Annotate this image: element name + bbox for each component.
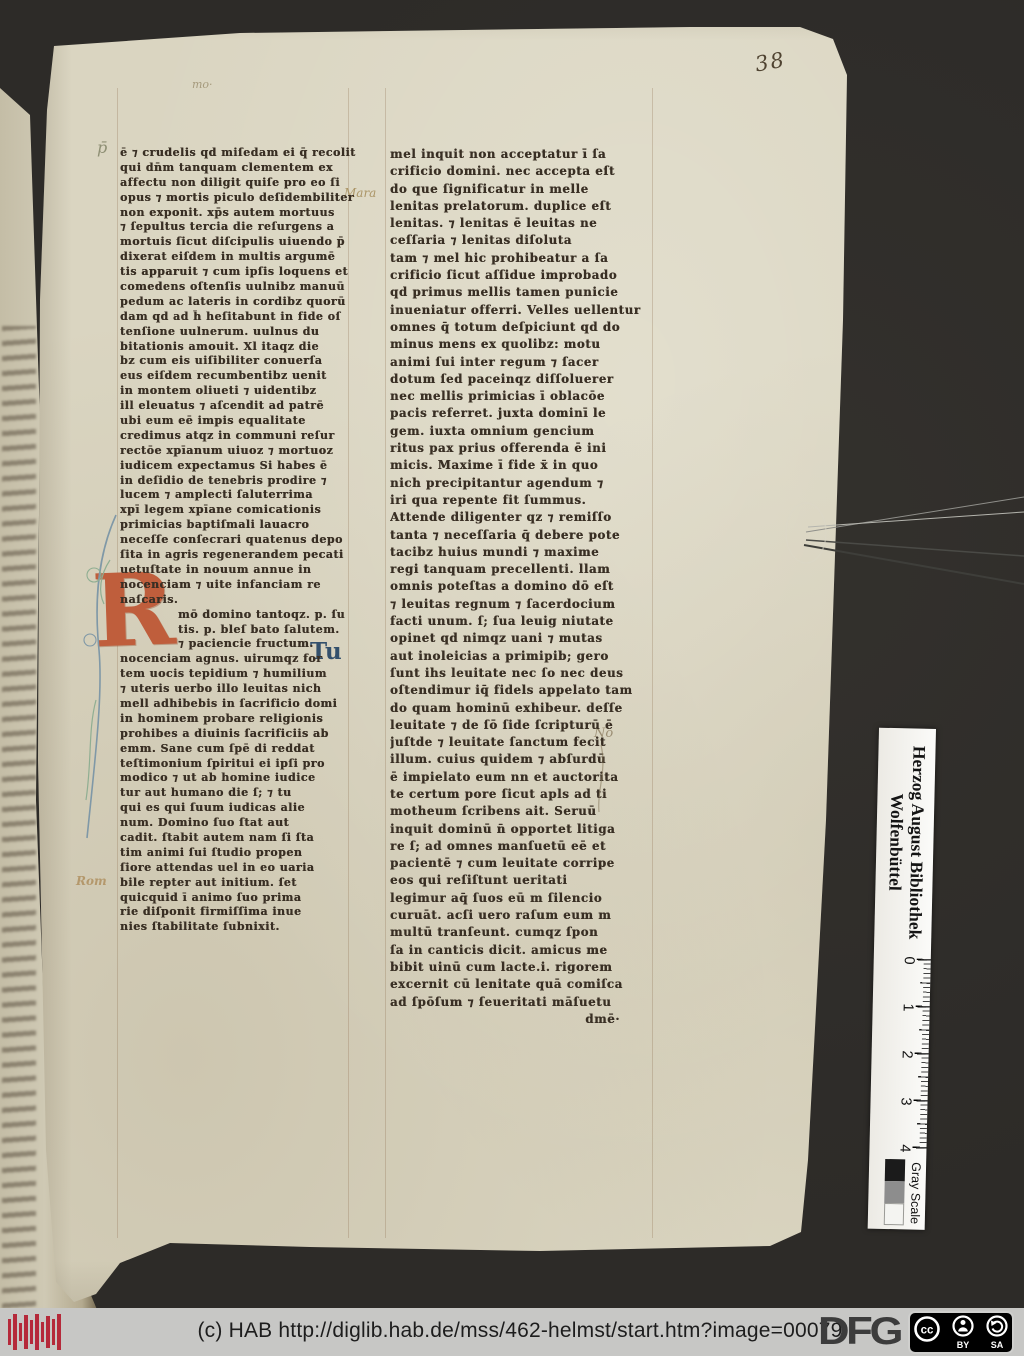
gray-scale-block: Gray Scale xyxy=(868,1156,927,1230)
copyright-url-text: (c) HAB http://diglib.hab.de/mss/462-hel… xyxy=(180,1319,860,1343)
logo-bar xyxy=(13,1314,17,1350)
logo-bar xyxy=(57,1314,61,1350)
by-person-icon xyxy=(954,1317,973,1336)
gray-scale-patch-gray xyxy=(884,1181,904,1203)
digitized-manuscript-photo: 38 p̄ mo· Mara Rom No R Tu ē ⁊ crudelis … xyxy=(0,0,1024,1356)
ruler-number: 1 xyxy=(900,1003,916,1011)
library-name: Herzog August Bibliothek Wolfenbüttel xyxy=(874,728,936,957)
logo-bar xyxy=(41,1322,44,1342)
gray-scale-patch-white xyxy=(884,1203,904,1225)
ruler-number: 4 xyxy=(896,1144,912,1152)
logo-bar xyxy=(8,1319,11,1345)
gray-scale-label: Gray Scale xyxy=(908,1157,924,1230)
ruler-number: 3 xyxy=(897,1097,913,1105)
ruler-scale: 01234 xyxy=(869,956,931,1157)
sa-label: SA xyxy=(991,1340,1004,1350)
ruler-number: 0 xyxy=(901,956,917,964)
logo-bar xyxy=(35,1314,39,1350)
cc-by-sa-icons: cc BY SA xyxy=(910,1313,1012,1352)
cc-by-sa-badge: cc BY SA xyxy=(908,1311,1014,1354)
gray-scale-patch-black xyxy=(885,1159,905,1181)
previous-leaf-ghost-text xyxy=(2,326,36,1336)
hab-barcode-logo xyxy=(8,1313,61,1351)
attribution-bar: (c) HAB http://diglib.hab.de/mss/462-hel… xyxy=(0,1308,1024,1356)
logo-bar xyxy=(24,1315,28,1349)
by-label: BY xyxy=(957,1340,970,1350)
logo-bar xyxy=(19,1323,22,1341)
dfg-logo: DFG xyxy=(818,1310,900,1354)
logo-bar xyxy=(30,1320,33,1344)
library-name-line1: Herzog August Bibliothek xyxy=(904,728,930,956)
gray-scale-patches xyxy=(884,1159,906,1229)
ruler-number: 2 xyxy=(899,1050,915,1058)
logo-bar xyxy=(46,1316,50,1348)
grayscale-ruler-card: Herzog August Bibliothek Wolfenbüttel 01… xyxy=(868,728,936,1230)
logo-bar xyxy=(52,1319,55,1345)
cc-icon: cc xyxy=(921,1325,934,1337)
